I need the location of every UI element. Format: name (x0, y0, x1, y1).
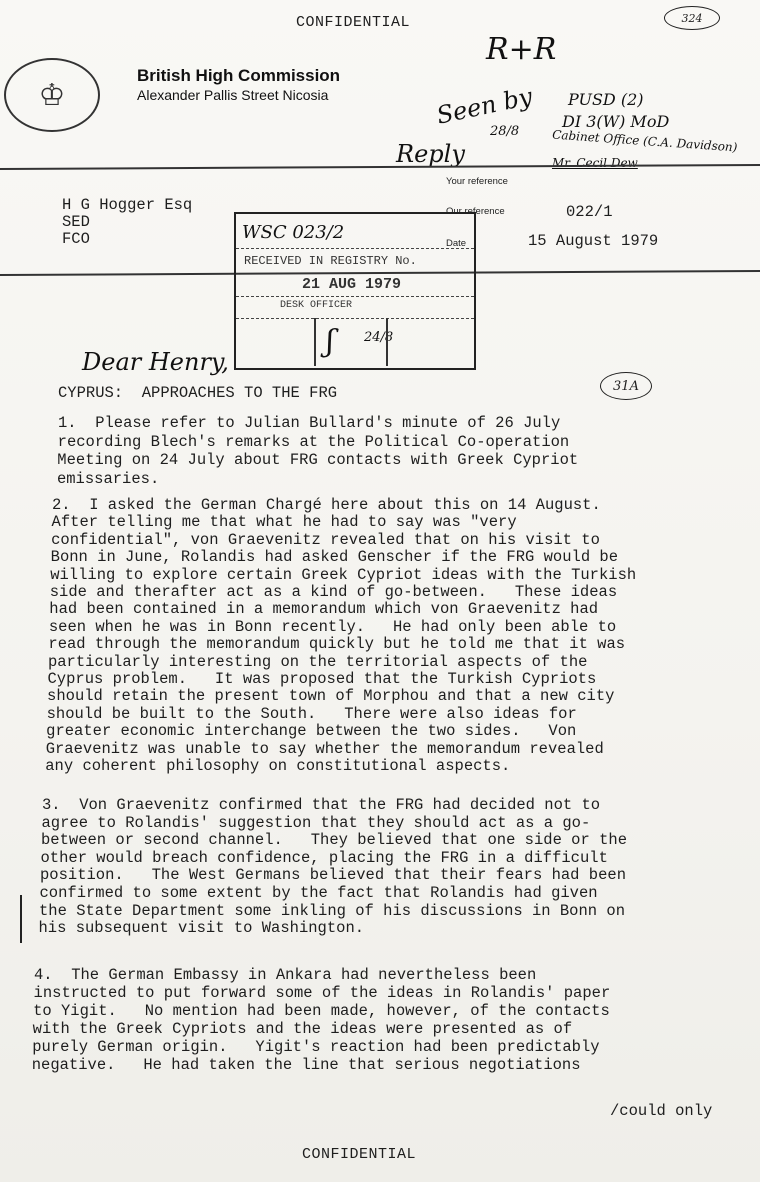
paragraph-4-line: negative. He had taken the line that ser… (32, 1056, 581, 1074)
sender-address: Alexander Pallis Street Nicosia (137, 87, 328, 103)
subject-line: CYPRUS: APPROACHES TO THE FRG (58, 384, 337, 402)
paragraph-2-line: side and therafter act as a kind of go-b… (50, 583, 617, 601)
royal-coat-of-arms-icon: ♔ (39, 78, 66, 113)
stamp-received-label: RECEIVED IN REGISTRY No. (244, 254, 417, 268)
sender-name: British High Commission (137, 66, 340, 86)
paragraph-2-line: 2. I asked the German Chargé here about … (52, 496, 601, 514)
stamp-received-date: 21 AUG 1979 (302, 276, 401, 293)
letter-page: CONFIDENTIAL 324 ♔ British High Commissi… (0, 0, 760, 1182)
paragraph-3-line: the State Department some inkling of his… (39, 902, 625, 920)
classification-top: CONFIDENTIAL (296, 14, 410, 31)
margin-sideline (20, 895, 22, 943)
paragraph-2-line: willing to explore certain Greek Cypriot… (50, 566, 636, 584)
paragraph-2-line: particularly interesting on the territor… (48, 653, 588, 671)
paragraph-1-line: recording Blech's remarks at the Politic… (58, 433, 570, 451)
header-divider (0, 164, 760, 169)
classification-bottom: CONFIDENTIAL (302, 1146, 416, 1163)
addressee-name: H G Hogger Esq (62, 196, 192, 214)
paragraph-4-line: instructed to put forward some of the id… (34, 984, 611, 1002)
paragraph-2-line: should retain the present town of Morpho… (47, 687, 614, 705)
salutation: Dear Henry, (82, 348, 229, 376)
paragraph-3-line: other would breach confidence, placing t… (41, 849, 608, 867)
distribution-line-2: DI 3(W) MoD (562, 112, 669, 131)
stamp-initials-date: 24/8 (364, 330, 393, 345)
letter-date: 15 August 1979 (528, 232, 658, 250)
registry-stamp: WSC 023/2 RECEIVED IN REGISTRY No. 21 AU… (234, 212, 476, 370)
handwritten-reply: Reply (396, 140, 465, 168)
distribution-line-1: PUSD (2) (568, 90, 644, 109)
paragraph-2-line: After telling me that what he had to say… (52, 513, 517, 531)
distribution-line-3: Cabinet Office (C.A. Davidson) (552, 128, 738, 155)
catchword: /could only (610, 1102, 712, 1120)
paragraph-3-line: position. The West Germans believed that… (40, 866, 626, 884)
paragraph-3-line: agree to Rolandis' suggestion that they … (42, 814, 591, 832)
paragraph-4-line: purely German origin. Yigit's reaction h… (32, 1038, 599, 1056)
paragraph-3-line: his subsequent visit to Washington. (39, 919, 365, 937)
your-reference-label: Your reference (446, 176, 508, 187)
paragraph-1-line: emissaries. (57, 470, 159, 488)
stamp-desk-officer: DESK OFFICER (280, 300, 352, 311)
paragraph-3-line: between or second channel. They believed… (41, 831, 627, 849)
paragraph-3-line: confirmed to some extent by the fact tha… (40, 884, 598, 902)
addressee-dept: SED (62, 213, 90, 231)
folio-text: 324 (682, 12, 703, 25)
paragraph-3-line: 3. Von Graevenitz confirmed that the FRG… (42, 796, 600, 814)
stamp-signature: ʃ (326, 324, 334, 359)
paragraph-2-line: confidential", von Graevenitz revealed t… (51, 531, 600, 549)
paragraph-1-line: Meeting on 24 July about FRG contacts wi… (57, 451, 578, 469)
circled-reference: 31A (600, 372, 652, 400)
paragraph-2-line: had been contained in a memorandum which… (49, 600, 598, 618)
our-reference-value: 022/1 (566, 203, 613, 221)
paragraph-2-line: should be built to the South. There were… (47, 705, 577, 723)
paragraph-4-line: with the Greek Cypriots and the ideas we… (33, 1020, 573, 1038)
folio-number: 324 (664, 6, 720, 30)
paragraph-2-line: read through the memorandum quickly but … (48, 635, 625, 653)
paragraph-4-line: to Yigit. No mention had been made, howe… (33, 1002, 610, 1020)
circled-reference-text: 31A (613, 379, 639, 394)
paragraph-2-line: any coherent philosophy on constitutiona… (45, 757, 510, 775)
paragraph-2-line: Graevenitz was unable to say whether the… (46, 740, 604, 758)
handwritten-seen-by: Seen by (434, 82, 535, 130)
distribution-line-4: Mr. Cecil Dew (552, 156, 638, 170)
handwritten-initials: R+R (486, 32, 556, 67)
royal-crest: ♔ (4, 58, 100, 132)
handwritten-seen-date: 28/8 (490, 124, 519, 139)
paragraph-2-line: greater economic interchange between the… (46, 722, 576, 740)
addressee-office: FCO (62, 230, 90, 248)
paragraph-1-line: 1. Please refer to Julian Bullard's minu… (58, 414, 560, 432)
paragraph-2-line: Bonn in June, Rolandis had asked Gensche… (51, 548, 618, 566)
paragraph-2-line: seen when he was in Bonn recently. He ha… (49, 618, 616, 636)
stamp-file-reference: WSC 023/2 (242, 222, 344, 243)
paragraph-2-line: Cyprus problem. It was proposed that the… (48, 670, 597, 688)
paragraph-4-line: 4. The German Embassy in Ankara had neve… (34, 966, 536, 984)
